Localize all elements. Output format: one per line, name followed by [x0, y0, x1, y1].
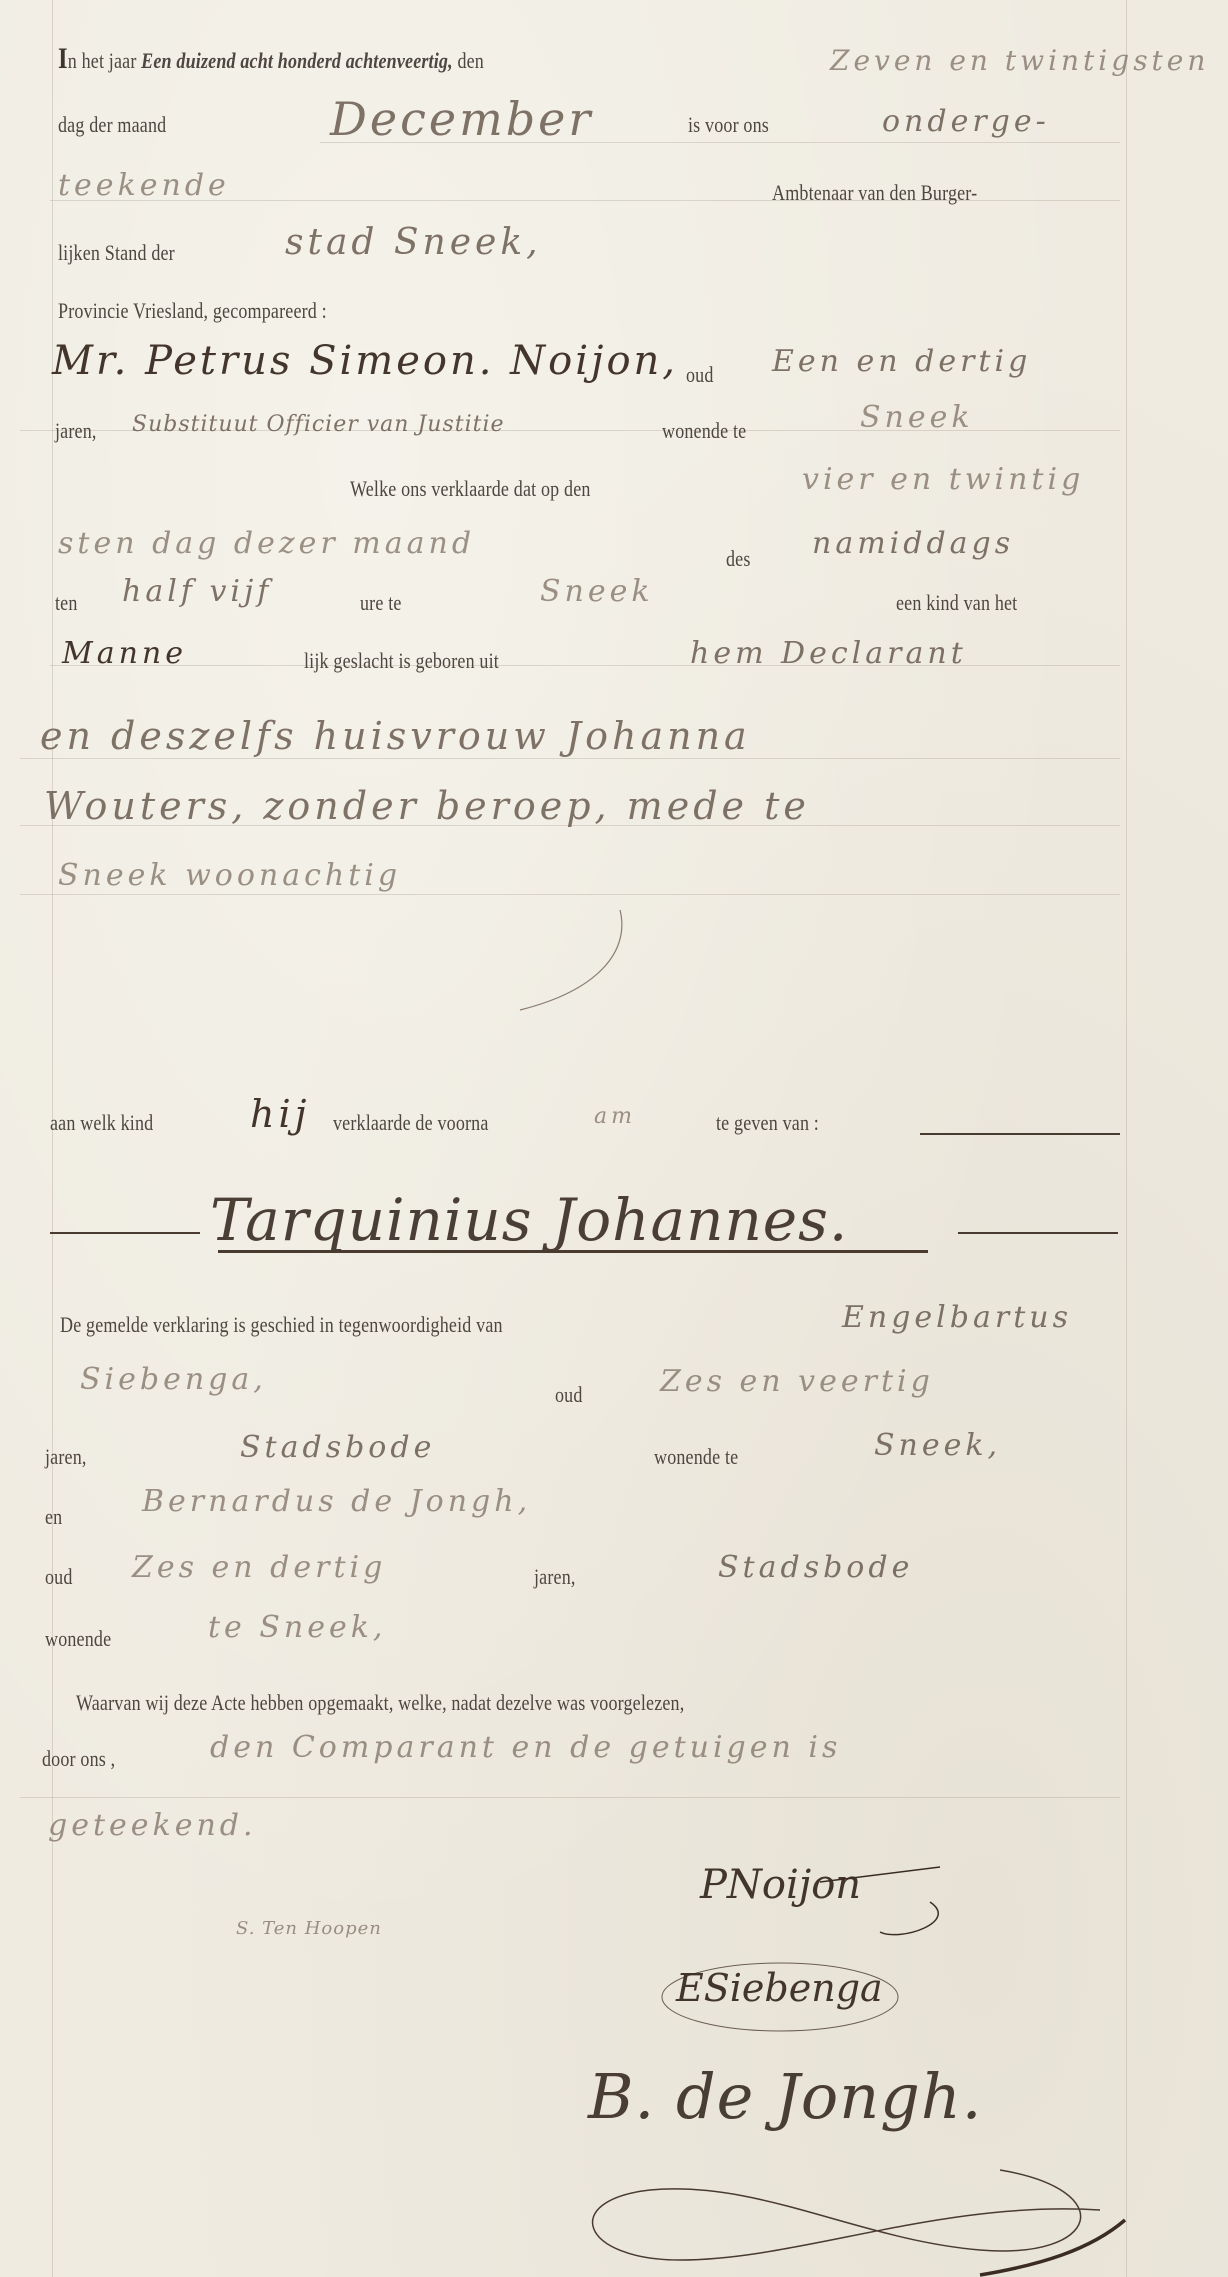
child-name-underline	[218, 1250, 928, 1253]
printed-fragment: den	[453, 48, 484, 73]
printed-text: ure te	[360, 590, 402, 616]
printed-text: Provincie Vriesland, gecompareerd :	[58, 298, 327, 324]
printed-text: Waarvan wij deze Acte hebben opgemaakt, …	[76, 1690, 684, 1716]
handwritten-month: December	[330, 92, 593, 146]
printed-text: oud	[686, 362, 714, 388]
handwritten-pronoun: hij	[250, 1092, 310, 1136]
underline	[920, 1133, 1120, 1135]
child-name: Tarquinius Johannes.	[210, 1186, 848, 1254]
printed-text: dag der maand	[58, 112, 166, 138]
printed-text: des	[726, 546, 751, 572]
handwritten-witness2-name: Bernardus de Jongh,	[142, 1484, 531, 1519]
handwritten-mother-line: en deszelfs huisvrouw Johanna	[40, 714, 751, 758]
pen-flourish	[480, 900, 630, 1020]
printed-text: wonende te	[654, 1444, 738, 1470]
handwritten-place: Sneek	[540, 574, 654, 609]
marginal-note: S. Ten Hoopen	[236, 1918, 382, 1939]
handwritten-witness1-surname: Siebenga,	[80, 1362, 267, 1397]
handwritten-sex: Manne	[62, 636, 187, 671]
signature-flourish	[780, 1862, 980, 1922]
handwritten-witness1-age: Zes en veertig	[660, 1364, 934, 1399]
handwritten-declarant-name: Mr. Petrus Simeon. Noijon,	[52, 338, 678, 384]
printed-text: jaren,	[45, 1444, 87, 1470]
printed-text: jaren,	[55, 418, 97, 444]
handwritten-text: hem Declarant	[690, 636, 967, 671]
printed-text: aan welk kind	[50, 1110, 153, 1136]
printed-text: Welke ons verklaarde dat op den	[350, 476, 591, 502]
handwritten-text: den Comparant en de getuigen is	[210, 1730, 841, 1765]
printed-text: lijk geslacht is geboren uit	[304, 648, 499, 674]
printed-fragment: n het jaar	[68, 48, 141, 73]
handwritten-residence: Sneek woonachtig	[58, 858, 401, 893]
handwritten-occupation: Substituut Officier van Justitie	[132, 412, 505, 437]
right-margin-line	[1126, 0, 1127, 2277]
handwritten-place: Sneek	[860, 400, 974, 435]
printed-year: Een duizend acht honderd achtenveertig,	[141, 48, 453, 73]
handwritten-time-of-day: namiddags	[812, 526, 1014, 561]
name-rule-left	[50, 1232, 200, 1234]
handwritten-witness2-residence: te Sneek,	[208, 1610, 386, 1645]
handwritten-age: Een en dertig	[772, 344, 1031, 379]
handwritten-text: geteekend.	[48, 1808, 257, 1843]
printed-text: door ons ,	[42, 1746, 115, 1772]
handwritten-witness2-occupation: Stadsbode	[718, 1550, 913, 1585]
handwritten-time: half vijf	[122, 574, 272, 609]
handwritten-text: teekende	[58, 168, 230, 203]
printed-text: is voor ons	[688, 112, 769, 138]
printed-text: Ambtenaar van den Burger-	[772, 180, 977, 206]
printed-text: oud	[45, 1564, 73, 1590]
printed-text: lijken Stand der	[58, 240, 175, 266]
printed-text: verklaarde de voorna	[333, 1110, 489, 1136]
handwritten-witness2-age: Zes en dertig	[132, 1550, 386, 1585]
printed-text: en	[45, 1504, 62, 1530]
signature-paraph	[560, 2150, 1180, 2277]
ruled-line	[20, 758, 1120, 759]
ruled-line	[20, 1797, 1120, 1798]
dropcap-letter: I	[58, 42, 68, 75]
handwritten-text: sten dag dezer maand	[58, 526, 475, 561]
printed-text: te geven van :	[716, 1110, 819, 1136]
printed-text: wonende te	[662, 418, 746, 444]
handwritten-date: vier en twintig	[802, 462, 1084, 497]
handwritten-witness1-firstname: Engelbartus	[842, 1300, 1072, 1335]
printed-text: een kind van het	[896, 590, 1017, 616]
handwritten-mother-surname-line: Wouters, zonder beroep, mede te	[44, 784, 810, 828]
printed-text: De gemelde verklaring is geschied in teg…	[60, 1312, 503, 1338]
handwritten-witness1-residence: Sneek,	[874, 1428, 1001, 1463]
signature-witness2: B. de Jongh.	[588, 2060, 983, 2133]
printed-text: oud	[555, 1382, 583, 1408]
handwritten-text: onderge-	[882, 104, 1050, 139]
handwritten-place: stad Sneek,	[285, 222, 542, 263]
handwritten-witness1-occupation: Stadsbode	[240, 1430, 435, 1465]
signature-witness1: ESiebenga	[676, 1966, 883, 2010]
handwritten-day: Zeven en twintigsten	[830, 44, 1209, 77]
printed-text: ten	[55, 590, 78, 616]
printed-text: jaren,	[534, 1564, 576, 1590]
handwritten-suffix: am	[594, 1104, 636, 1129]
document-page: In het jaar Een duizend acht honderd ach…	[0, 0, 1228, 2277]
name-rule-right	[958, 1232, 1118, 1234]
printed-text: wonende	[45, 1626, 111, 1652]
printed-text-line1: In het jaar Een duizend acht honderd ach…	[58, 42, 484, 76]
ruled-line	[20, 894, 1120, 895]
